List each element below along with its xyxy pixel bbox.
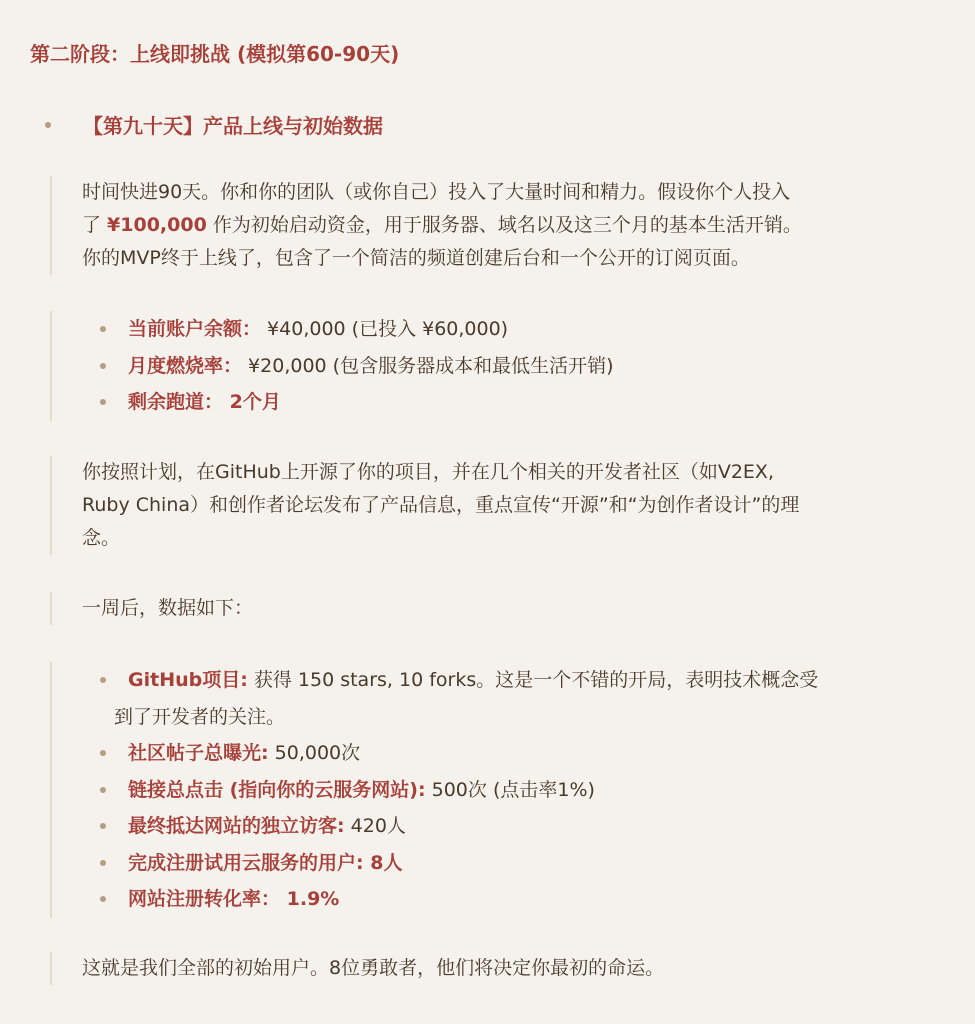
finance-item-balance: 当前账户余额： ¥40,000 (已投入 ¥60,000) [82,311,948,348]
metric-label: GitHub项目: [128,669,248,691]
metric-value: 8人 [364,852,403,874]
bullet-icon [100,750,106,756]
intro-line-3: 你的MVP终于上线了，包含了一个简洁的频道创建后台和一个公开的订阅页面。 [82,247,750,269]
metric-label: 最终抵达网站的独立访客: [128,815,345,837]
intro-quote: 时间快进90天。你和你的团队（或你自己）投入了大量时间和精力。假设你个人投入 了… [50,176,932,275]
metric-value: 420人 [345,815,406,837]
finance-item-runway: 剩余跑道： 2个月 [82,384,948,421]
launch-line-3: 念。 [82,527,120,549]
intro-line-2-post: 作为初始启动资金，用于服务器、域名以及这三个月的基本生活开销。 [207,214,802,236]
closing-paragraph: 这就是我们全部的初始用户。8位勇敢者，他们将决定你最初的命运。 [82,952,932,985]
finance-value: 2个月 [223,391,281,413]
metric-value: 1.9% [280,888,339,910]
bullet-icon [100,860,106,866]
list-item-label: 【第九十天】产品上线与初始数据 [83,110,383,139]
metric-continuation: 到了开发者的关注。 [114,699,948,736]
metric-value: 500次 (点击率1%) [426,779,595,801]
metrics-quote: GitHub项目: 获得 150 stars, 10 forks。这是一个不错的… [50,662,948,918]
section-heading: 第二阶段：上线即挑战 (模拟第60-90天) [30,38,399,67]
bullet-icon [100,677,106,683]
metric-label: 社区帖子总曝光: [128,742,269,764]
metric-value: 获得 150 stars, 10 forks。这是一个不错的开局，表明技术概念受 [248,669,818,691]
launch-paragraph: 你按照计划，在GitHub上开源了你的项目，并在几个相关的开发者社区（如V2EX… [82,456,932,555]
launch-line-1: 你按照计划，在GitHub上开源了你的项目，并在几个相关的开发者社区（如V2EX… [82,461,774,483]
bullet-icon [100,363,106,369]
finance-label: 当前账户余额： [128,318,261,340]
metric-label: 网站注册转化率： [128,888,280,910]
intro-line-1: 时间快进90天。你和你的团队（或你自己）投入了大量时间和精力。假设你个人投入 [82,181,790,203]
metric-item-signups: 完成注册试用云服务的用户: 8人 [82,845,948,882]
metrics-list: GitHub项目: 获得 150 stars, 10 forks。这是一个不错的… [82,662,948,918]
metric-item-github: GitHub项目: 获得 150 stars, 10 forks。这是一个不错的… [82,662,948,735]
initial-funding-amount: ¥100,000 [107,214,207,236]
finance-label: 月度燃烧率： [128,355,242,377]
bullet-icon [100,896,106,902]
finance-label: 剩余跑道： [128,391,223,413]
metric-item-exposure: 社区帖子总曝光: 50,000次 [82,735,948,772]
metric-value: 50,000次 [269,742,361,764]
bullet-icon [45,122,51,128]
bullet-icon [100,326,106,332]
finance-value: ¥40,000 (已投入 ¥60,000) [261,318,508,340]
metric-label: 链接总点击 (指向你的云服务网站): [128,779,426,801]
week-after-paragraph: 一周后，数据如下： [82,592,932,625]
metric-label: 完成注册试用云服务的用户: [128,852,364,874]
finance-item-burn-rate: 月度燃烧率： ¥20,000 (包含服务器成本和最低生活开销) [82,348,948,385]
launch-line-2: Ruby China）和创作者论坛发布了产品信息，重点宣传“开源”和“为创作者设… [82,494,799,516]
finance-value: ¥20,000 (包含服务器成本和最低生活开销) [242,355,613,377]
metric-item-visitors: 最终抵达网站的独立访客: 420人 [82,808,948,845]
closing-quote: 这就是我们全部的初始用户。8位勇敢者，他们将决定你最初的命运。 [50,952,932,985]
launch-quote: 你按照计划，在GitHub上开源了你的项目，并在几个相关的开发者社区（如V2EX… [50,456,932,555]
intro-paragraph: 时间快进90天。你和你的团队（或你自己）投入了大量时间和精力。假设你个人投入 了… [82,176,932,275]
bullet-icon [100,399,106,405]
finance-quote: 当前账户余额： ¥40,000 (已投入 ¥60,000) 月度燃烧率： ¥20… [50,311,948,421]
bullet-icon [100,823,106,829]
finance-list: 当前账户余额： ¥40,000 (已投入 ¥60,000) 月度燃烧率： ¥20… [82,311,948,421]
metric-item-clicks: 链接总点击 (指向你的云服务网站): 500次 (点击率1%) [82,772,948,809]
bullet-icon [100,787,106,793]
intro-line-2-pre: 了 [82,214,107,236]
metric-item-conversion: 网站注册转化率： 1.9% [82,881,948,918]
week-after-quote: 一周后，数据如下： [50,592,932,625]
